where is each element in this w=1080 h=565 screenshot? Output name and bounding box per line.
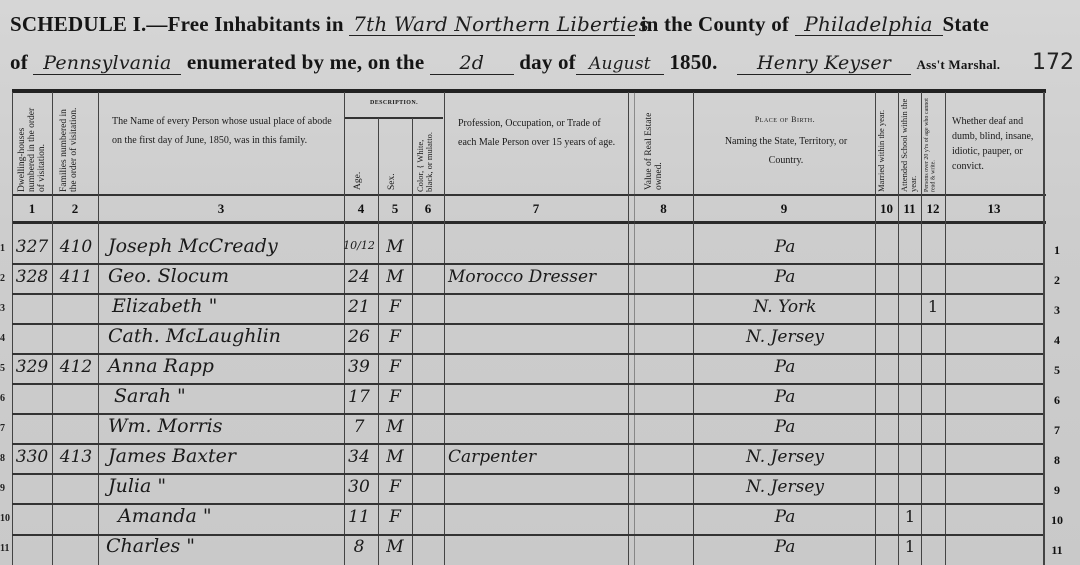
line-number-right: 2 <box>1042 273 1072 288</box>
col2-heading: Families numbered in the order of visita… <box>60 98 92 192</box>
age: 39 <box>342 357 376 377</box>
line-number-right: 7 <box>1042 423 1072 438</box>
table-row: 9 Julia " 30 F N. Jersey 9 <box>0 477 1080 507</box>
dwelling-number: 327 <box>14 237 50 257</box>
birthplace: Pa <box>700 387 870 407</box>
col13-heading: Whether deaf and dumb, blind, insane, id… <box>952 114 1042 174</box>
occupation: Morocco Dresser <box>448 267 596 287</box>
line-number-right: 1 <box>1042 243 1072 258</box>
age: 10/12 <box>342 239 376 252</box>
person-name: Elizabeth " <box>112 295 217 317</box>
age: 30 <box>342 477 376 497</box>
sex: F <box>380 507 410 527</box>
table-row: 4 Cath. McLaughlin 26 F N. Jersey 4 <box>0 327 1080 357</box>
col-number: 11 <box>898 201 921 217</box>
dwelling-number: 328 <box>14 267 50 287</box>
col-number: 7 <box>444 201 628 217</box>
line-number-right: 5 <box>1042 363 1072 378</box>
table-row: 3 Elizabeth " 21 F N. York 1 3 <box>0 297 1080 327</box>
line-number-left: 2 <box>0 273 8 284</box>
line-number-right: 6 <box>1042 393 1072 408</box>
birthplace: N. York <box>700 297 870 317</box>
line-number-left: 7 <box>0 423 8 434</box>
table-row: 2 328 411 Geo. Slocum 24 M Morocco Dress… <box>0 267 1080 297</box>
col-number: 4 <box>344 201 378 217</box>
line-number-right: 9 <box>1042 483 1072 498</box>
line-number-left: 5 <box>0 363 8 374</box>
col3-heading: The Name of every Person whose usual pla… <box>112 112 334 150</box>
top-rule <box>12 89 1046 93</box>
birthplace: Pa <box>700 507 870 527</box>
birthplace: Pa <box>700 417 870 437</box>
census-page: SCHEDULE I.—Free Inhabitants in 7th Ward… <box>0 0 1080 565</box>
person-name: Joseph McCready <box>108 235 278 257</box>
family-number: 411 <box>55 267 97 287</box>
person-name: Cath. McLaughlin <box>108 325 281 347</box>
line-number-right: 4 <box>1042 333 1072 348</box>
sex: M <box>380 537 410 557</box>
school-mark: 1 <box>900 537 920 556</box>
birthplace: N. Jersey <box>700 477 870 497</box>
family-number: 412 <box>55 357 97 377</box>
table-row: 1 327 410 Joseph McCready 10/12 M Pa 1 <box>0 237 1080 267</box>
person-name: Geo. Slocum <box>108 265 229 287</box>
person-name: James Baxter <box>108 445 236 467</box>
age: 21 <box>342 297 376 317</box>
col4-heading: Age. <box>354 162 368 190</box>
numbers-divider <box>12 221 1046 224</box>
age: 34 <box>342 447 376 467</box>
sex: F <box>380 327 410 347</box>
dwelling-number: 329 <box>14 357 50 377</box>
line-number-right: 3 <box>1042 303 1072 318</box>
person-name: Amanda " <box>118 505 212 527</box>
table-row: 8 330 413 James Baxter 34 M Carpenter N.… <box>0 447 1080 477</box>
sex: M <box>380 447 410 467</box>
col7-heading: Profession, Occupation, or Trade of each… <box>458 114 620 152</box>
person-name: Sarah " <box>114 385 186 407</box>
birthplace: N. Jersey <box>700 447 870 467</box>
line-number-right: 10 <box>1042 513 1072 528</box>
birthplace: Pa <box>700 237 870 257</box>
family-number: 413 <box>55 447 97 467</box>
col10-heading: Married within the year. <box>877 98 897 192</box>
line-number-left: 10 <box>0 513 8 524</box>
age: 11 <box>342 507 376 527</box>
line-number-left: 3 <box>0 303 8 314</box>
age: 8 <box>342 537 376 557</box>
birthplace: N. Jersey <box>700 327 870 347</box>
person-name: Anna Rapp <box>108 355 214 377</box>
family-number: 410 <box>55 237 97 257</box>
birthplace: Pa <box>700 357 870 377</box>
sex: M <box>380 237 410 257</box>
col6-heading: Color, { White, black, or mulatto. <box>416 120 442 192</box>
table-row: 11 Charles " 8 M Pa 1 11 <box>0 537 1080 565</box>
line-number-left: 11 <box>0 543 8 554</box>
table-row: 7 Wm. Morris 7 M Pa 7 <box>0 417 1080 447</box>
col-number: 2 <box>52 201 98 217</box>
line-number-left: 4 <box>0 333 8 344</box>
col1-heading: Dwelling-houses numbered in the order of… <box>18 98 50 192</box>
age: 17 <box>342 387 376 407</box>
col12-heading: Persons over 20 y'rs of age who cannot r… <box>924 98 944 192</box>
school-mark: 1 <box>900 507 920 526</box>
col-number: 9 <box>693 201 875 217</box>
col-number: 1 <box>12 201 52 217</box>
occupation: Carpenter <box>448 447 536 467</box>
col-number: 12 <box>921 201 945 217</box>
sex: F <box>380 387 410 407</box>
line-number-left: 9 <box>0 483 8 494</box>
table-row: 6 Sarah " 17 F Pa 6 <box>0 387 1080 417</box>
person-name: Charles " <box>106 535 195 557</box>
header-divider <box>12 194 1046 196</box>
description-heading: DESCRIPTION. <box>346 98 442 109</box>
line-number-left: 8 <box>0 453 8 464</box>
age: 26 <box>342 327 376 347</box>
person-name: Wm. Morris <box>108 415 223 437</box>
col-number: 6 <box>412 201 444 217</box>
table-row: 10 Amanda " 11 F Pa 1 10 <box>0 507 1080 537</box>
table-row: 5 329 412 Anna Rapp 39 F Pa 5 <box>0 357 1080 387</box>
sex: M <box>380 417 410 437</box>
line-number-right: 11 <box>1042 543 1072 558</box>
col-number: 13 <box>945 201 1043 217</box>
age: 7 <box>342 417 376 437</box>
col5-heading: Sex. <box>388 162 402 190</box>
col-number: 5 <box>378 201 412 217</box>
col9-title: Place of Birth. <box>700 112 870 127</box>
col11-heading: Attended School within the year. <box>900 98 920 192</box>
sex: F <box>380 297 410 317</box>
line-number-right: 8 <box>1042 453 1072 468</box>
sex: F <box>380 477 410 497</box>
person-name: Julia " <box>108 475 166 497</box>
age: 24 <box>342 267 376 287</box>
sex: F <box>380 357 410 377</box>
col-number: 10 <box>875 201 898 217</box>
col8-heading: Value of Real Estate owned. <box>645 98 671 190</box>
birthplace: Pa <box>700 267 870 287</box>
birthplace: Pa <box>700 537 870 557</box>
line-number-left: 6 <box>0 393 8 404</box>
description-divider <box>345 117 443 119</box>
col-number: 8 <box>634 201 693 217</box>
illiterate-mark: 1 <box>923 297 943 316</box>
dwelling-number: 330 <box>14 447 50 467</box>
sex: M <box>380 267 410 287</box>
col9-heading: Naming the State, Territory, or Country. <box>712 132 860 170</box>
line-number-left: 1 <box>0 243 8 254</box>
col-number: 3 <box>98 201 344 217</box>
